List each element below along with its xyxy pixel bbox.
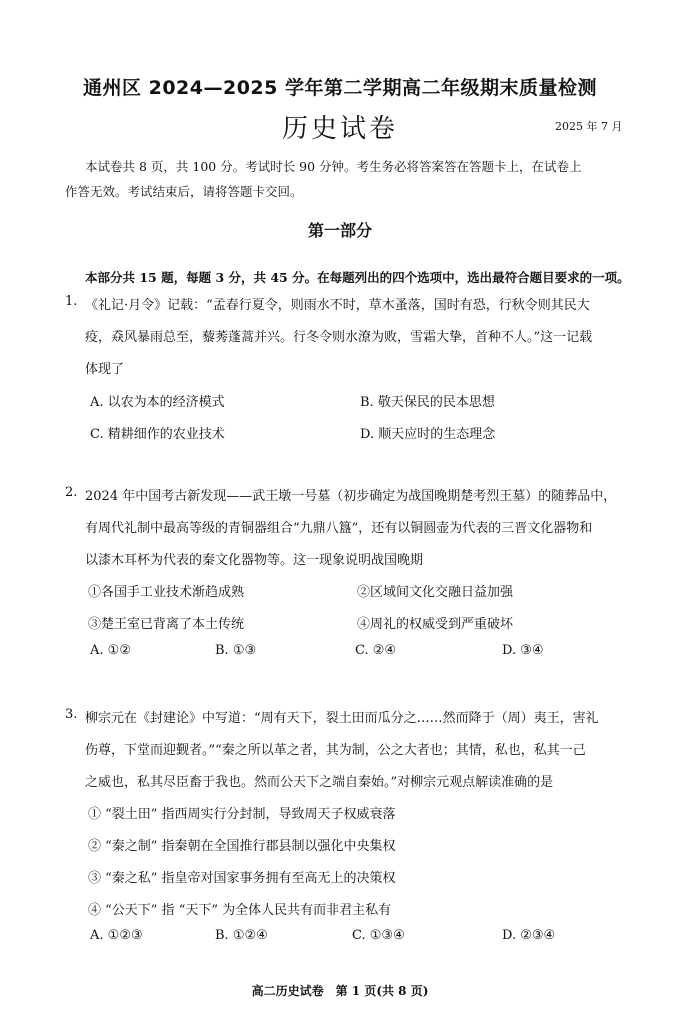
statement-2: ② “秦之制” 指秦朝在全国推行郡县制以强化中央集权 — [88, 835, 396, 854]
option-text: 敬天保民的民本思想 — [378, 395, 495, 410]
question-stem-line: 有周代礼制中最高等级的青铜器组合“九鼎八簋”，还有以铜圆壶为代表的三晋文化器物和 — [85, 517, 592, 536]
option-label: A. — [90, 395, 104, 410]
question-stem-line: 柳宗元在《封建论》中写道：“周有天下，裂土田而瓜分之……然而降于（周）夷王，害礼 — [85, 707, 599, 726]
question-number: 3. — [65, 707, 77, 722]
option-c[interactable]: C. ①③④ — [352, 928, 405, 943]
option-text: ③④ — [520, 643, 543, 658]
section-title: 第一部分 — [0, 218, 680, 241]
option-label: A. — [90, 643, 104, 658]
option-a[interactable]: A. ①②③ — [90, 928, 143, 943]
option-label: D. — [360, 427, 374, 442]
option-text: ①②④ — [233, 928, 268, 943]
question-stem-line: 体现了 — [85, 358, 124, 377]
exam-title: 通州区 2024—2025 学年第二学期高二年级期末质量检测 — [0, 73, 680, 100]
option-text: ①③ — [233, 643, 256, 658]
question-stem-line: 《礼记·月令》记载：“孟春行夏令，则雨水不时，草木蚤落，国时有恐，行秋令则其民大 — [85, 294, 590, 313]
section-instructions: 本部分共 15 题，每题 3 分，共 45 分。在每题列出的四个选项中，选出最符… — [85, 268, 630, 286]
option-b[interactable]: B. ①②④ — [215, 928, 268, 943]
option-d[interactable]: D. ②③④ — [502, 928, 555, 943]
option-text: ①② — [108, 643, 131, 658]
question-number: 2. — [65, 485, 77, 500]
statement-3: ③楚王室已背离了本土传统 — [88, 613, 244, 632]
statement-1: ①各国手工业技术渐趋成熟 — [88, 581, 244, 600]
option-b[interactable]: B. 敬天保民的民本思想 — [360, 391, 495, 410]
exam-page: 通州区 2024—2025 学年第二学期高二年级期末质量检测 历史试卷 2025… — [0, 0, 680, 1024]
statement-1: ① “裂土田” 指西周实行分封制，导致周天子权威衰落 — [88, 803, 396, 822]
option-label: A. — [90, 928, 104, 943]
option-a[interactable]: A. 以农为本的经济模式 — [90, 391, 225, 410]
question-stem-line: 以漆木耳杯为代表的秦文化器物等。这一现象说明战国晚期 — [85, 549, 423, 568]
option-a[interactable]: A. ①② — [90, 643, 131, 658]
option-text: ①③④ — [370, 928, 405, 943]
option-label: B. — [360, 395, 374, 410]
intro-line-2: 作答无效。考试结束后，请将答题卡交回。 — [65, 182, 303, 200]
option-d[interactable]: D. ③④ — [502, 643, 544, 658]
question-stem-line: 伤尊，下堂而迎觐者。”“秦之所以革之者，其为制，公之大者也；其情，私也，私其一己 — [85, 739, 586, 758]
option-text: ②③④ — [520, 928, 555, 943]
statement-3: ③ “秦之私” 指皇帝对国家事务拥有至高无上的决策权 — [88, 867, 396, 886]
option-label: B. — [215, 643, 229, 658]
question-number: 1. — [65, 294, 77, 309]
option-d[interactable]: D. 顺天应时的生态理念 — [360, 423, 495, 442]
option-text: 顺天应时的生态理念 — [378, 427, 495, 442]
option-label: C. — [90, 427, 104, 442]
option-label: D. — [502, 928, 516, 943]
option-c[interactable]: C. 精耕细作的农业技术 — [90, 423, 225, 442]
option-text: 以农为本的经济模式 — [108, 395, 225, 410]
statement-2: ②区域间文化交融日益加强 — [357, 581, 513, 600]
page-footer: 高二历史试卷 第 1 页(共 8 页) — [0, 982, 680, 999]
statement-4: ④周礼的权威受到严重破坏 — [357, 613, 513, 632]
question-stem-line: 疫，猋风暴雨总至，藜莠蓬蒿并兴。行冬令则水潦为败，雪霜大挚，首种不人。”这一记载 — [85, 326, 592, 345]
option-text: 精耕细作的农业技术 — [108, 427, 225, 442]
intro-line-1: 本试卷共 8 页，共 100 分。考试时长 90 分钟。考生务必将答案答在答题卡… — [85, 157, 582, 175]
option-label: C. — [355, 643, 369, 658]
option-label: C. — [352, 928, 366, 943]
option-label: B. — [215, 928, 229, 943]
question-stem-line: 之威也，私其尽臣畜于我也。然而公天下之端自秦始。”对柳宗元观点解读准确的是 — [85, 771, 553, 790]
exam-date: 2025 年 7 月 — [555, 118, 622, 134]
statement-4: ④ “公天下” 指 “天下” 为全体人民共有而非君主私有 — [88, 899, 391, 918]
option-c[interactable]: C. ②④ — [355, 643, 396, 658]
option-b[interactable]: B. ①③ — [215, 643, 256, 658]
option-text: ②④ — [373, 643, 396, 658]
option-label: D. — [502, 643, 516, 658]
option-text: ①②③ — [108, 928, 143, 943]
question-stem-line: 2024 年中国考古新发现——武王墩一号墓（初步确定为战国晚期楚考烈王墓）的随葬… — [85, 485, 616, 504]
